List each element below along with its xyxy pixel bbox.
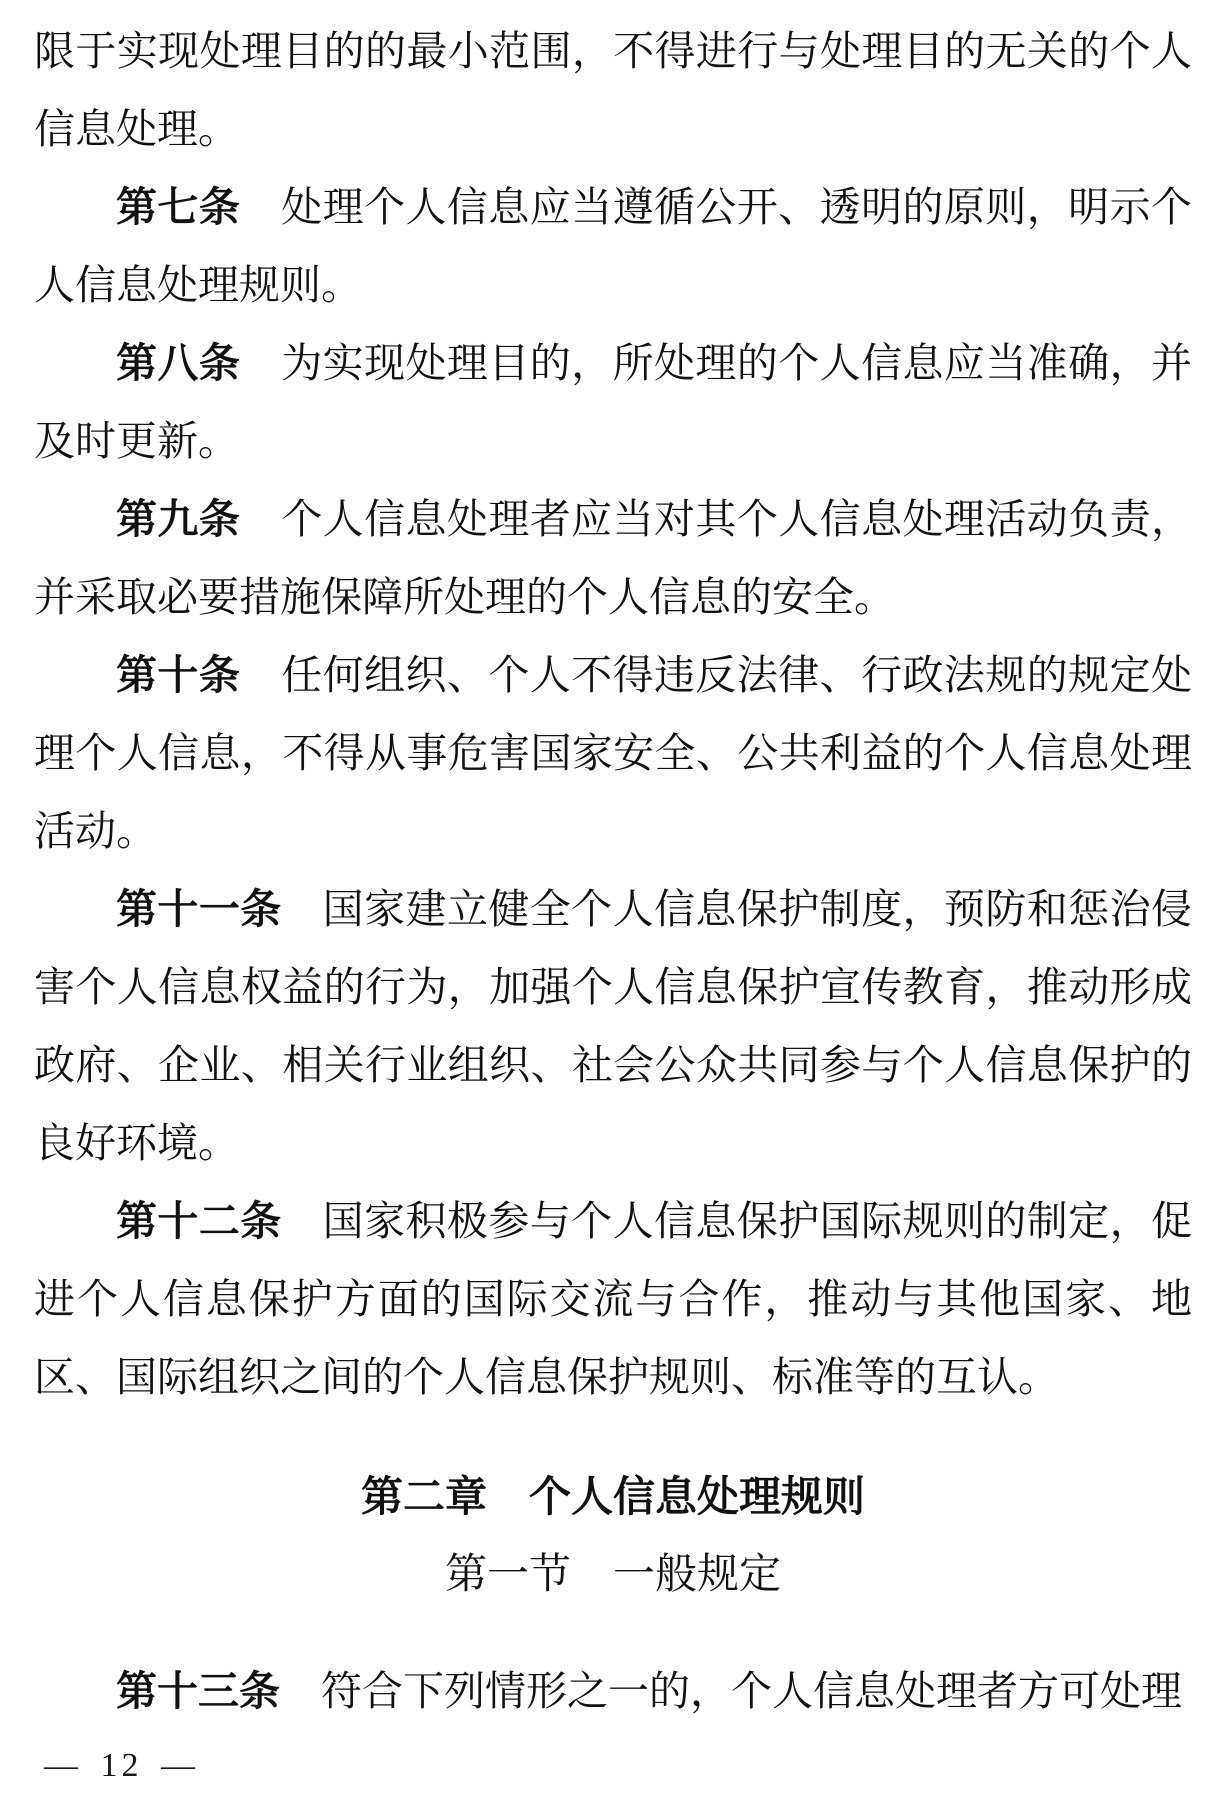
paragraph: 第七条处理个人信息应当遵循公开、透明的原则，明示个人信息处理规则。 [34,168,1192,324]
article-number: 第十三条 [116,1668,280,1714]
article-number: 第十二条 [116,1198,282,1244]
paragraph: 第十三条符合下列情形之一的，个人信息处理者方可处理 [34,1652,1192,1730]
body-paragraphs: 限于实现处理目的的最小范围，不得进行与处理目的无关的个人信息处理。第七条处理个人… [34,12,1192,1416]
section-paragraphs: 第十三条符合下列情形之一的，个人信息处理者方可处理 [34,1652,1192,1730]
chapter-heading: 第二章 个人信息处理规则 [34,1458,1192,1536]
paragraph-text: 限于实现处理目的的最小范围，不得进行与处理目的无关的个人信息处理。 [34,28,1192,152]
paragraph: 第十一条国家建立健全个人信息保护制度，预防和惩治侵害个人信息权益的行为，加强个人… [34,870,1192,1182]
article-number: 第十一条 [116,886,282,932]
article-number: 第九条 [116,496,240,542]
article-number: 第十条 [116,652,240,698]
article-number: 第七条 [116,184,240,230]
paragraph: 第八条为实现处理目的，所处理的个人信息应当准确，并及时更新。 [34,324,1192,480]
paragraph-text: 符合下列情形之一的，个人信息处理者方可处理 [321,1668,1182,1714]
document-page: 限于实现处理目的的最小范围，不得进行与处理目的无关的个人信息处理。第七条处理个人… [0,0,1226,1813]
paragraph: 第九条个人信息处理者应当对其个人信息处理活动负责，并采取必要措施保障所处理的个人… [34,480,1192,636]
article-number: 第八条 [116,340,240,386]
section-heading: 第一节 一般规定 [34,1536,1192,1614]
page-number: — 12 — [44,1748,199,1784]
paragraph: 第十条任何组织、个人不得违反法律、行政法规的规定处理个人信息，不得从事危害国家安… [34,636,1192,870]
paragraph: 第十二条国家积极参与个人信息保护国际规则的制定，促进个人信息保护方面的国际交流与… [34,1182,1192,1416]
document-content: 限于实现处理目的的最小范围，不得进行与处理目的无关的个人信息处理。第七条处理个人… [34,12,1192,1730]
paragraph: 限于实现处理目的的最小范围，不得进行与处理目的无关的个人信息处理。 [34,12,1192,168]
